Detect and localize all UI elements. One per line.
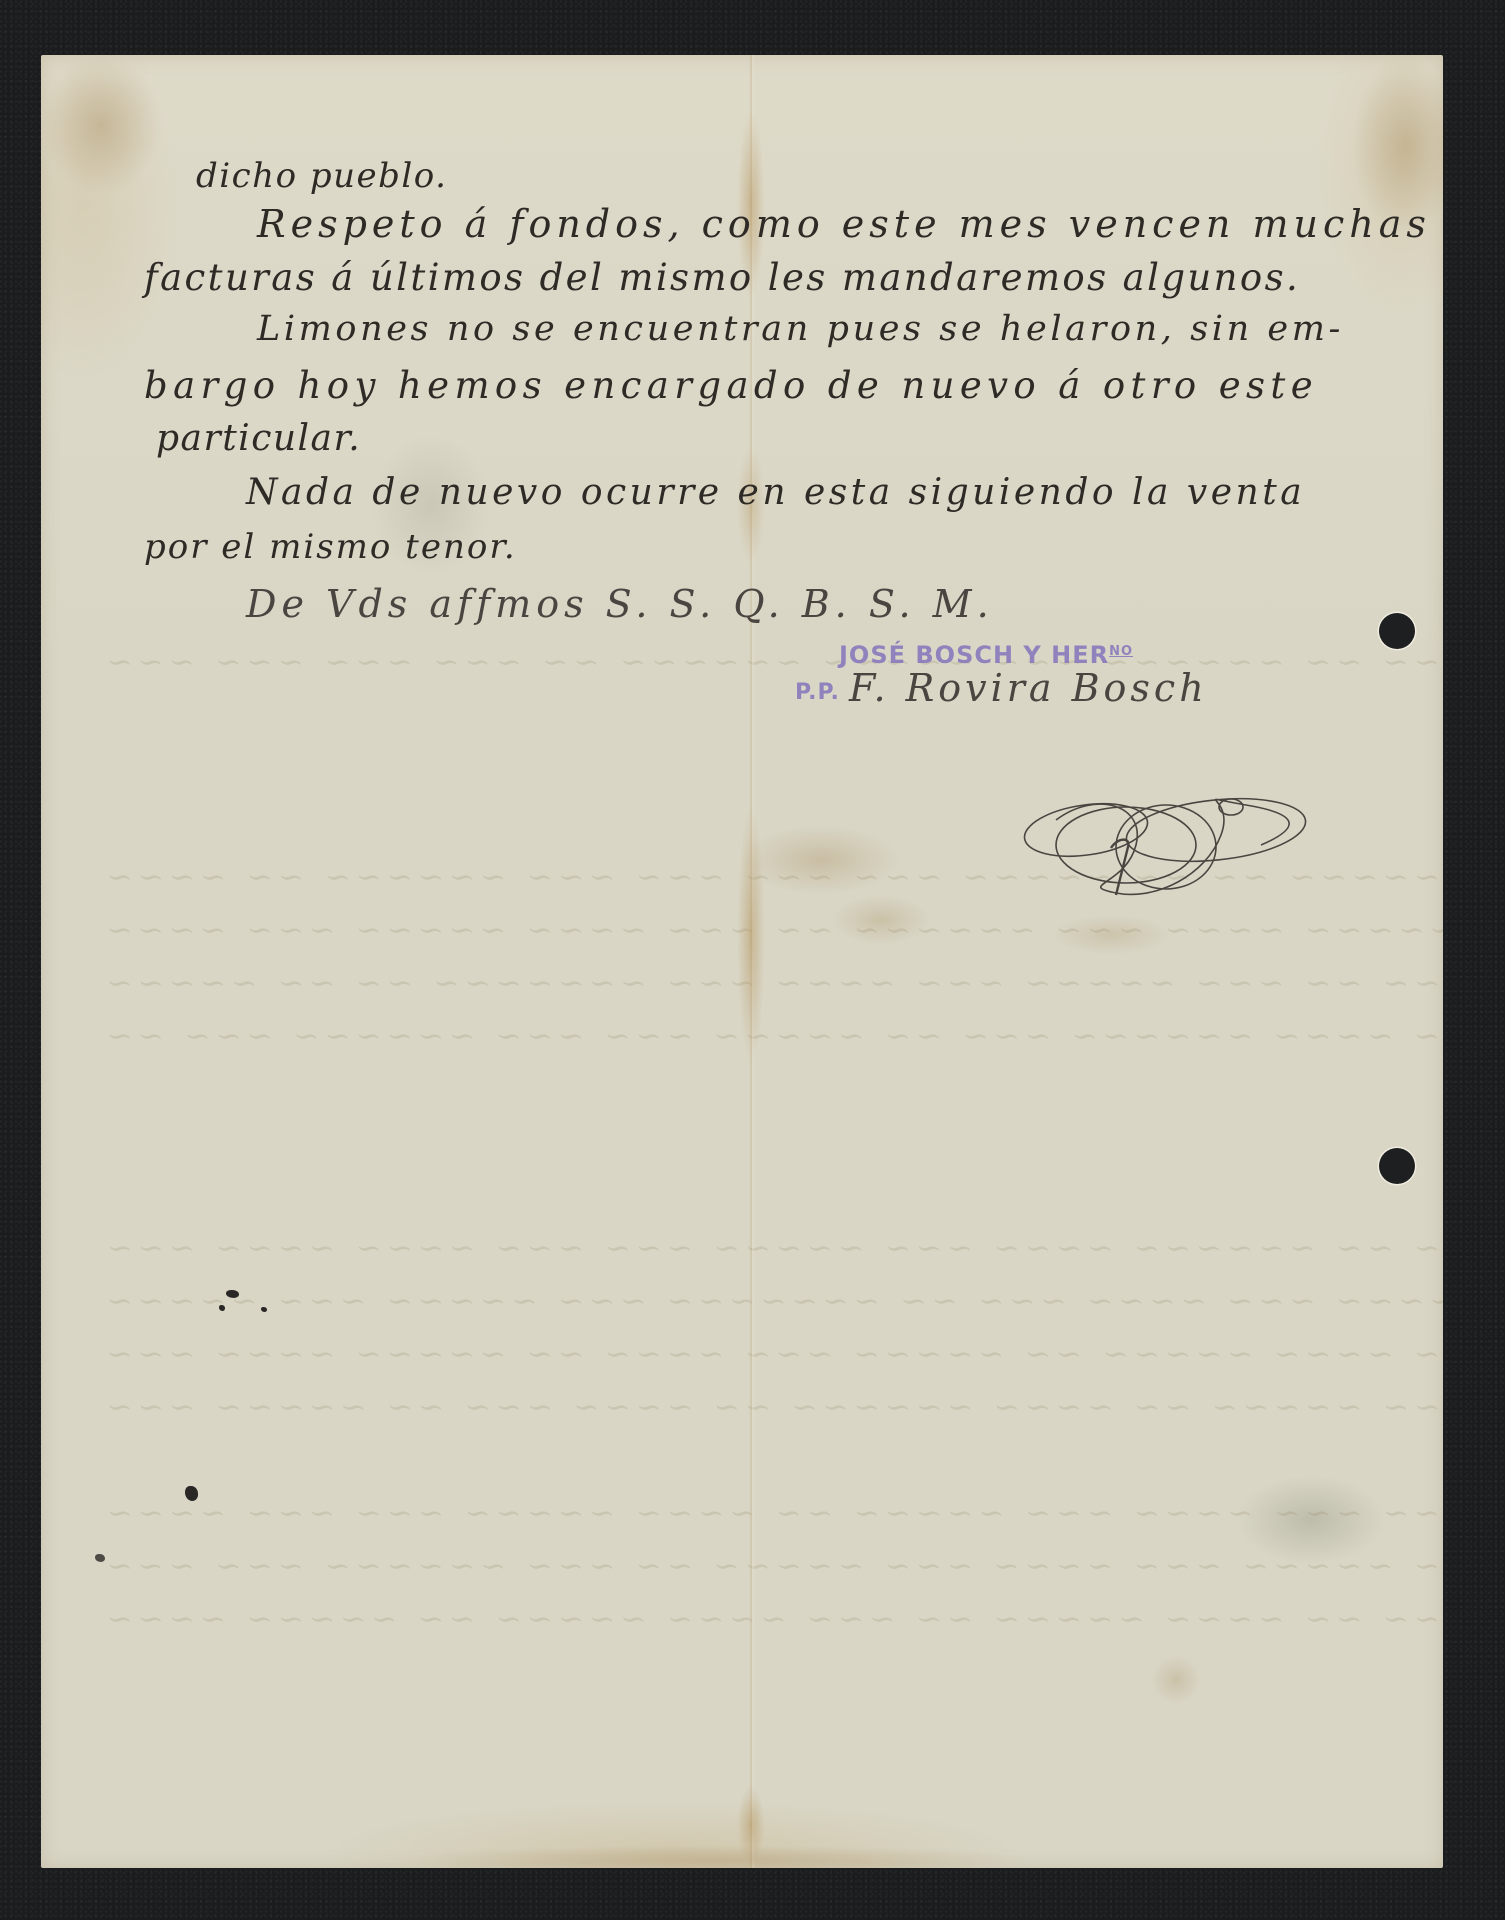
bleed-through-text: ~~~~~ ~~~ ~~~~ ~~~ ~~ ~~~~~~~ ~~~ ~~~~~ … <box>95 1284 1443 1319</box>
ink-blot <box>185 1486 198 1501</box>
letter-line-5: bargo hoy hemos encargado de nuevo á otr… <box>144 367 1318 404</box>
ink-blot <box>261 1307 267 1312</box>
bleed-through-text: ~~~ ~~~~ ~~~~~~ ~~~ ~~ ~~~~~ ~~~ ~~~ ~~~… <box>95 1019 1443 1054</box>
grey-stain <box>1236 1475 1386 1565</box>
bleed-through-text: ~~~ ~~ ~~~~ ~~~~~ ~~ ~~~ ~~~~ ~~~~~ ~~ ~… <box>95 1602 1443 1637</box>
company-stamp-suffix: NO <box>1109 644 1133 659</box>
bleed-through-text: ~~~~ ~~~ ~~~~ ~~~ ~~~~~ ~~ ~~~~ ~~~~~ ~~… <box>95 1496 1443 1531</box>
punch-hole-bottom <box>1379 1148 1415 1184</box>
signer-name: F. Rovira Bosch <box>849 669 1208 707</box>
bleed-through-text: ~~ ~~~~~ ~~~ ~~~~ ~~~ ~~~~~ ~~ ~~~ ~~~~~… <box>95 1549 1443 1584</box>
water-stain <box>1151 1655 1201 1705</box>
pp-stamp: P.P. <box>795 680 840 705</box>
letter-line-4: Limones no se encuentran pues se helaron… <box>257 312 1344 347</box>
fold-stain <box>737 805 765 1065</box>
bleed-through-text: ~~~~ ~~ ~~~ ~~~~~ ~~~ ~~~~ ~~~ ~~~~~~~ ~… <box>95 966 1443 1001</box>
punch-hole-top <box>1379 613 1415 649</box>
bleed-through-text: ~~ ~~~~~ ~~~~ ~~~ ~~~~~~ ~~ ~~~ ~~~~ ~~~… <box>95 913 1443 948</box>
water-stain <box>741 825 901 895</box>
fold-stain <box>737 1785 765 1865</box>
bleed-through-text: ~~~ ~~~~ ~~ ~~~~~~ ~~~ ~~~~~ ~~~~~~ ~~ ~… <box>95 645 1443 680</box>
company-stamp-name: JOSÉ BOSCH Y HER <box>839 641 1109 669</box>
ink-blot <box>219 1305 225 1311</box>
bleed-through-text: ~~ ~~~~ ~~~~~ ~~ ~~~~~ ~~~ ~~~~ ~~ ~~~~~… <box>95 1337 1443 1372</box>
letter-line-2: Respeto á fondos, como este mes vencen m… <box>257 205 1431 243</box>
letter-line-7: Nada de nuevo ocurre en esta siguiendo l… <box>246 475 1305 511</box>
water-stain <box>831 895 931 945</box>
water-stain <box>1051 915 1171 955</box>
signature-flourish-icon <box>1016 775 1316 905</box>
bleed-through-text: ~~~ ~~ ~~~~~~ ~~~~ ~~~ ~~~~~ ~~~ ~~~ ~~~… <box>95 1231 1443 1266</box>
water-stain <box>391 1845 1041 1868</box>
ink-blot <box>95 1554 105 1562</box>
letter-line-8: por el mismo tenor. <box>144 530 517 564</box>
letter-line-1: dicho pueblo. <box>196 159 447 193</box>
bleed-through-text: ~~~ ~~~~~ ~~ ~~~~ ~~~~~~ ~~ ~~~~ ~~~ ~~ … <box>95 1390 1443 1425</box>
letter-page: ~~~ ~~~~ ~~ ~~~~~~ ~~~ ~~~~~ ~~~~~~ ~~ ~… <box>41 55 1443 1868</box>
company-stamp: JOSÉ BOSCH Y HERNO <box>839 641 1133 669</box>
letter-line-6: particular. <box>156 421 361 457</box>
letter-closing: De Vds affmos S. S. Q. B. S. M. <box>246 585 994 623</box>
ink-blot <box>226 1290 239 1298</box>
water-stain <box>41 55 161 195</box>
letter-line-3: facturas á últimos del mismo les mandare… <box>144 259 1300 296</box>
